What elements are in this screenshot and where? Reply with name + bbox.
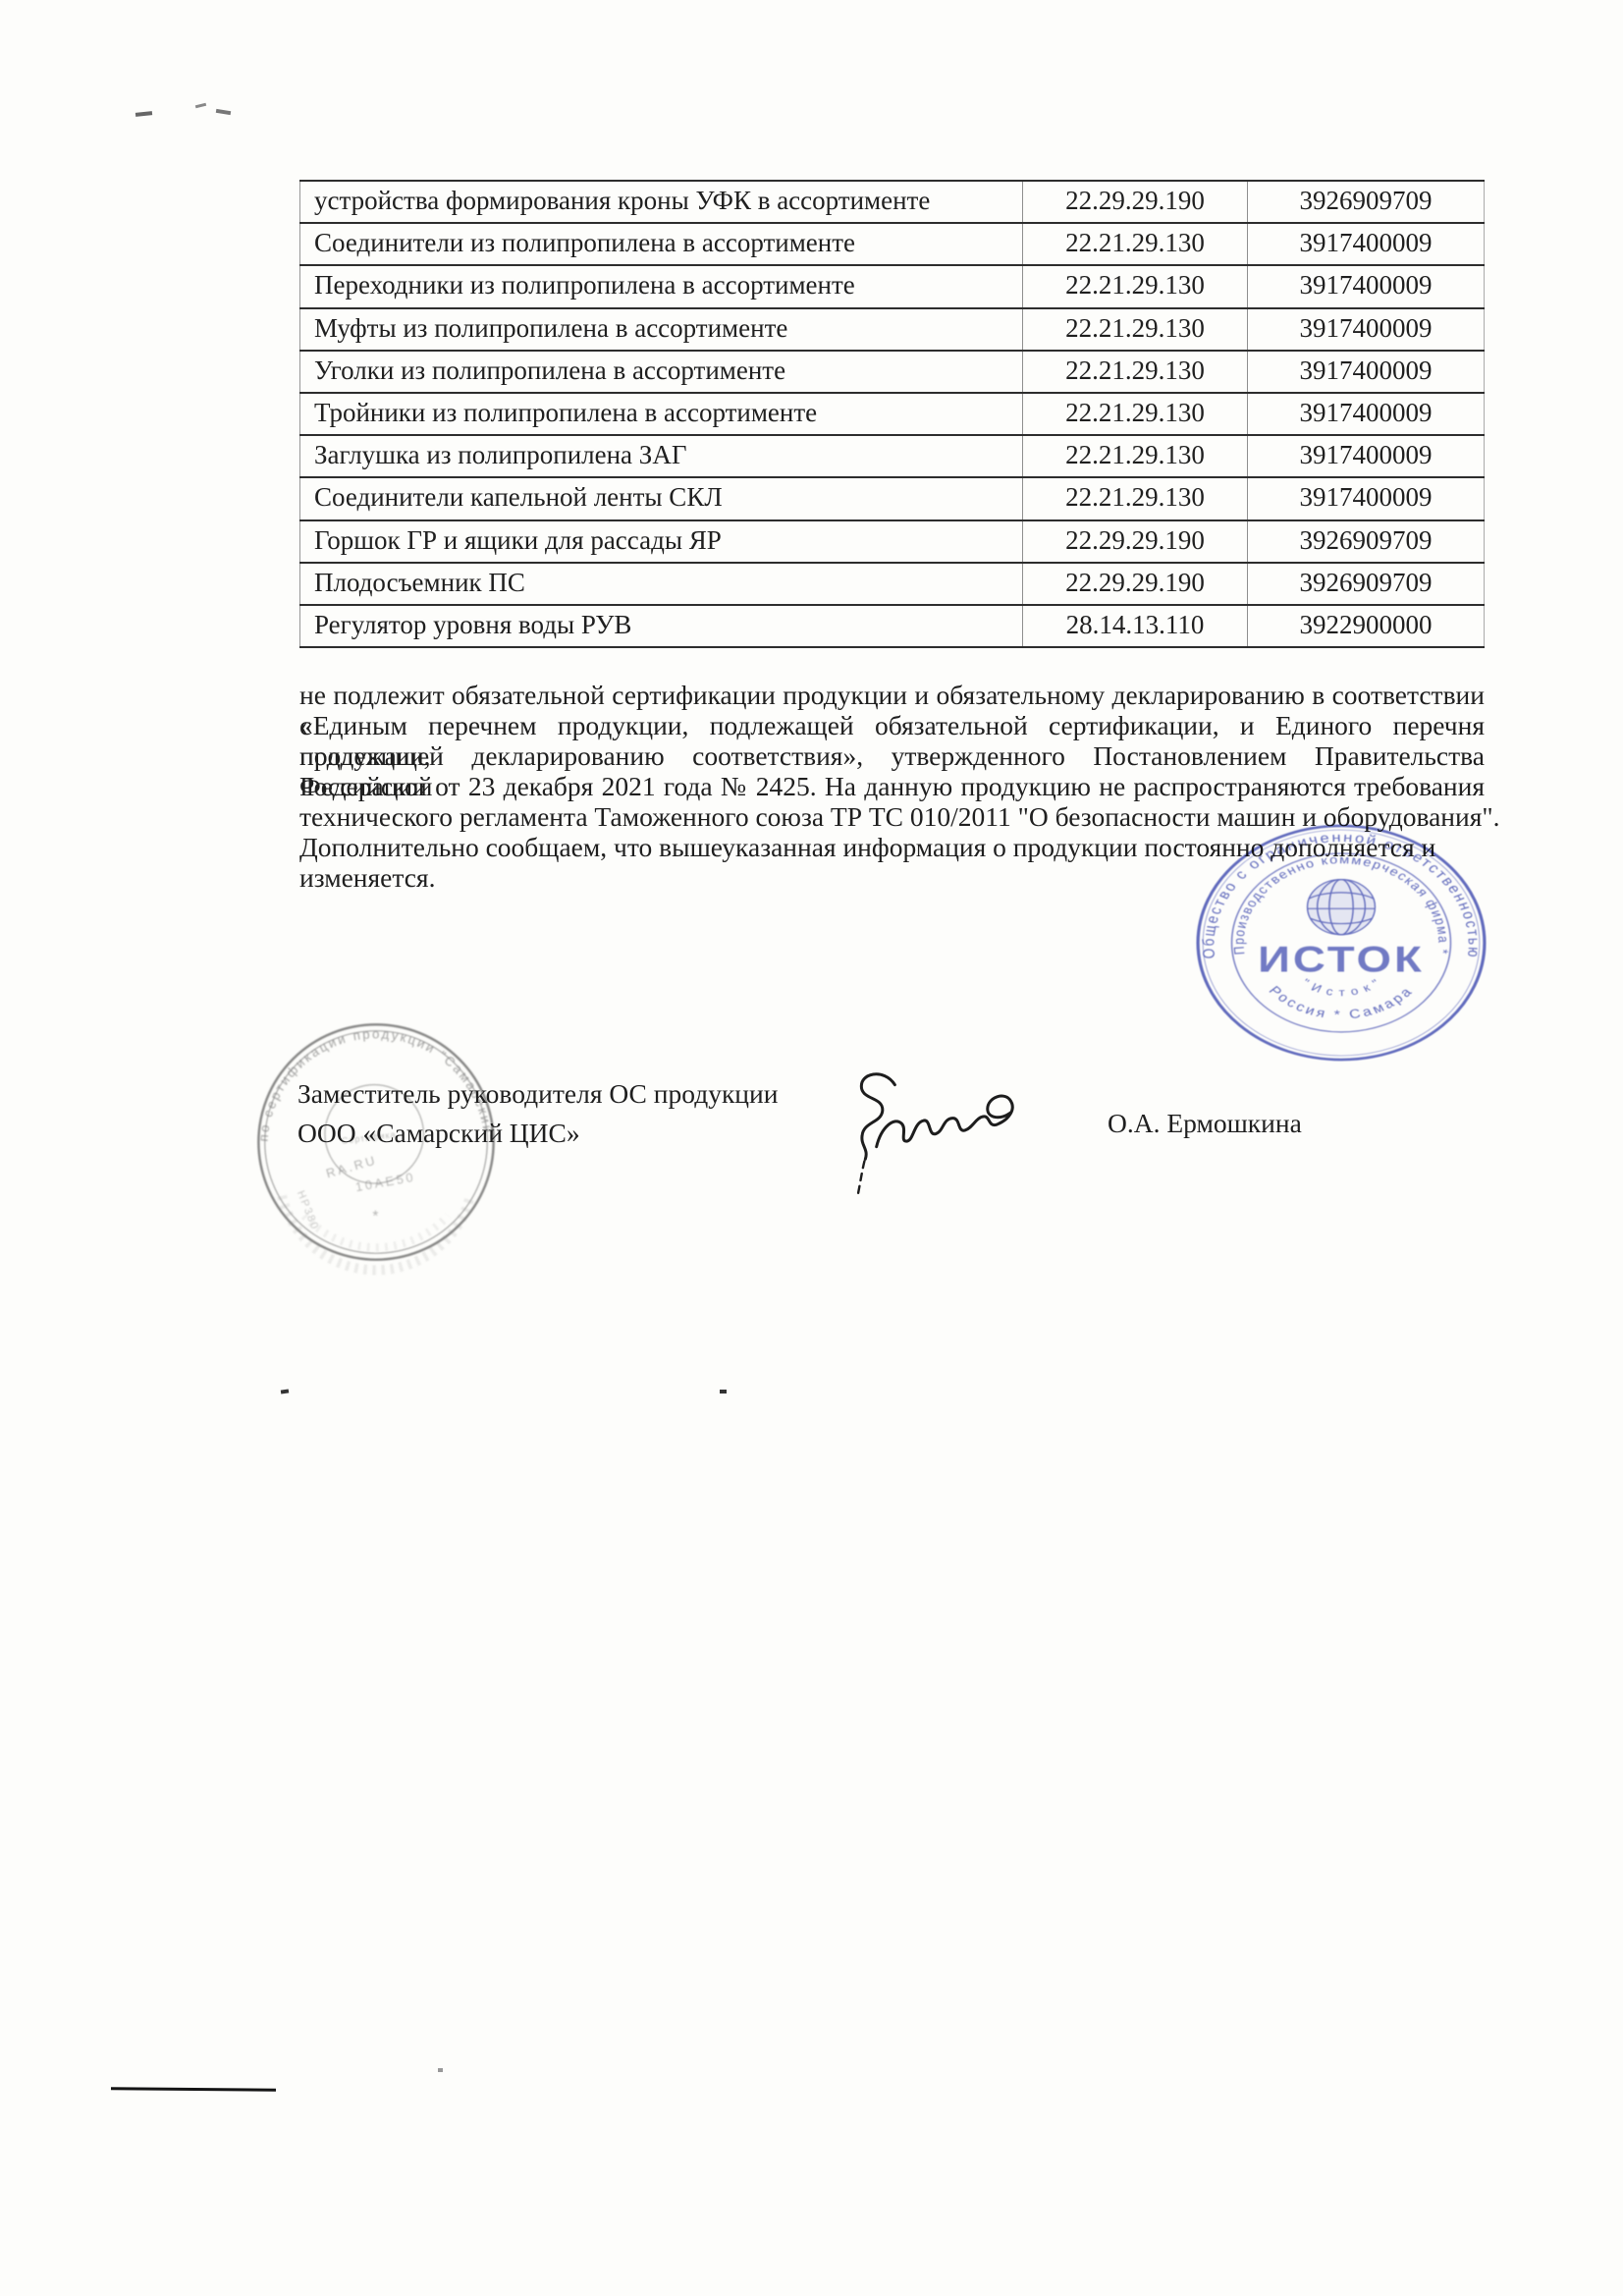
table-row: Уголки из полипропилена в ассортименте22… [299, 352, 1485, 394]
paragraph-line: Дополнительно сообщаем, что вышеуказанна… [299, 832, 1485, 862]
tnved-code-cell: 3917400009 [1247, 394, 1485, 434]
paragraph-line: Федерации от 23 декабря 2021 года № 2425… [299, 771, 1485, 801]
product-name-cell: Плодосъемник ПС [299, 564, 1022, 604]
okpd2-code-cell: 22.21.29.130 [1022, 309, 1247, 350]
table-row: Тройники из полипропилена в ассортименте… [299, 394, 1485, 436]
svg-text:Россия * Самара: Россия * Самара [1265, 984, 1417, 1022]
cert-stamp-inner-text-4: НР380 [295, 1189, 321, 1232]
okpd2-code-cell: 22.21.29.130 [1022, 394, 1247, 434]
cert-stamp-inner-text-5: * [372, 1208, 378, 1225]
product-name-cell: Тройники из полипропилена в ассортименте [299, 394, 1022, 434]
stamp-logo-text: ИСТОК [1258, 939, 1425, 980]
product-name-cell: Регулятор уровня воды РУВ [299, 606, 1022, 646]
okpd2-code-cell: 22.21.29.130 [1022, 478, 1247, 519]
table-row: Переходники из полипропилена в ассортиме… [299, 266, 1485, 308]
tnved-code-cell: 3917400009 [1247, 224, 1485, 264]
product-name-cell: Соединители из полипропилена в ассортиме… [299, 224, 1022, 264]
scan-speck [216, 109, 231, 115]
scan-speck [135, 111, 152, 117]
table-row: Горшок ГР и ящики для рассады ЯР22.29.29… [299, 521, 1485, 564]
okpd2-code-cell: 22.21.29.130 [1022, 436, 1247, 476]
table-row: Заглушка из полипропилена ЗАГ22.21.29.13… [299, 436, 1485, 478]
tnved-code-cell: 3917400009 [1247, 266, 1485, 306]
tnved-code-cell: 3917400009 [1247, 309, 1485, 350]
table-row: Регулятор уровня воды РУВ28.14.13.110392… [299, 606, 1485, 648]
tnved-code-cell: 3926909709 [1247, 521, 1485, 562]
signer-title-line-1: Заместитель руководителя ОС продукции [298, 1074, 778, 1114]
okpd2-code-cell: 22.29.29.190 [1022, 564, 1247, 604]
paragraph-line: подлежащей декларированию соответствия»,… [299, 740, 1485, 771]
bottom-rule-line [111, 2087, 276, 2091]
paragraph-line: не подлежит обязательной сертификации пр… [299, 680, 1485, 710]
okpd2-code-cell: 22.29.29.190 [1022, 182, 1247, 222]
scan-speck [438, 2068, 443, 2072]
scanned-document-page: устройства формирования кроны УФК в ассо… [0, 0, 1623, 2296]
tnved-code-cell: 3926909709 [1247, 564, 1485, 604]
stamp-bottom-outer-arc-text: Россия * Самара [1265, 984, 1417, 1022]
tnved-code-cell: 3917400009 [1247, 436, 1485, 476]
product-name-cell: Муфты из полипропилена в ассортименте [299, 309, 1022, 350]
product-name-cell: Уголки из полипропилена в ассортименте [299, 352, 1022, 392]
signer-title-line-2: ООО «Самарский ЦИС» [298, 1114, 778, 1153]
paragraph-line: «Единым перечнем продукции, подлежащей о… [299, 710, 1485, 740]
handwritten-signature [833, 1059, 1058, 1206]
cert-stamp-inner-text-2: RA.RU [324, 1152, 378, 1180]
okpd2-code-cell: 22.21.29.130 [1022, 266, 1247, 306]
products-table: устройства формирования кроны УФК в ассо… [299, 180, 1485, 648]
scan-speck [195, 103, 206, 109]
table-row: Муфты из полипропилена в ассортименте22.… [299, 309, 1485, 352]
table-row: устройства формирования кроны УФК в ассо… [299, 182, 1485, 224]
okpd2-code-cell: 28.14.13.110 [1022, 606, 1247, 646]
tnved-code-cell: 3922900000 [1247, 606, 1485, 646]
body-paragraph: не подлежит обязательной сертификации пр… [299, 680, 1485, 893]
signer-name: О.А. Ермошкина [1108, 1108, 1302, 1139]
tnved-code-cell: 3917400009 [1247, 352, 1485, 392]
scan-speck [720, 1390, 727, 1394]
tnved-code-cell: 3917400009 [1247, 478, 1485, 519]
paragraph-line: изменяется. [299, 862, 1485, 893]
scan-speck [281, 1389, 289, 1394]
okpd2-code-cell: 22.29.29.190 [1022, 521, 1247, 562]
product-name-cell: Соединители капельной ленты СКЛ [299, 478, 1022, 519]
paragraph-line: технического регламента Таможенного союз… [299, 801, 1485, 832]
product-name-cell: устройства формирования кроны УФК в ассо… [299, 182, 1022, 222]
cert-stamp-inner-text-3: 10АЕ50 [354, 1170, 417, 1195]
table-row: Соединители капельной ленты СКЛ22.21.29.… [299, 478, 1485, 520]
table-row: Соединители из полипропилена в ассортиме… [299, 224, 1485, 266]
signer-title-block: Заместитель руководителя ОС продукции ОО… [298, 1074, 778, 1153]
product-name-cell: Переходники из полипропилена в ассортиме… [299, 266, 1022, 306]
tnved-code-cell: 3926909709 [1247, 182, 1485, 222]
product-name-cell: Заглушка из полипропилена ЗАГ [299, 436, 1022, 476]
okpd2-code-cell: 22.21.29.130 [1022, 224, 1247, 264]
table-row: Плодосъемник ПС22.29.29.1903926909709 [299, 564, 1485, 606]
product-name-cell: Горшок ГР и ящики для рассады ЯР [299, 521, 1022, 562]
okpd2-code-cell: 22.21.29.130 [1022, 352, 1247, 392]
